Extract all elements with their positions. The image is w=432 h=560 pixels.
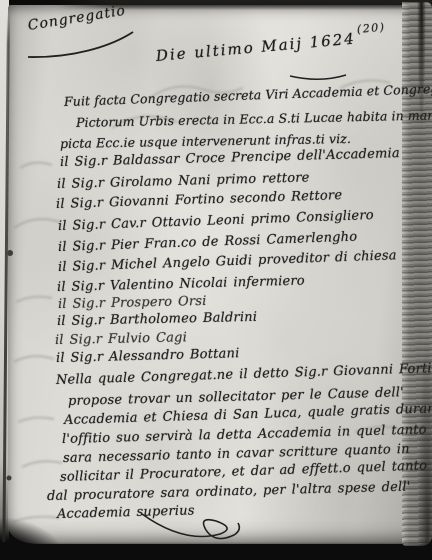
attendee-line: il Sig.r Bartholomeo Baldrini (57, 310, 257, 329)
handwriting-layer: Congregatio (20) Die ultimo Maij 1624 Fu… (0, 0, 432, 560)
opening-line: Pictorum Urbis erecta in Ecc.a S.ti Luca… (76, 106, 432, 130)
date-heading: Die ultimo Maij 1624 (155, 30, 356, 65)
manuscript-page-scan: Congregatio (20) Die ultimo Maij 1624 Fu… (0, 0, 432, 560)
resolution-line: Accademia superius (57, 503, 195, 522)
attendee-line: il Sig.r Giovanni Fortino secondo Rettor… (56, 188, 343, 212)
opening-line: Fuit facta Congregatio secreta Viri Acca… (64, 80, 432, 109)
attendee-line: il Sig.r Prospero Orsi (58, 294, 207, 312)
scan-background-corner (0, 518, 64, 560)
attendee-line: il Sig.r Valentino Nicolai infermiero (57, 274, 305, 295)
attendee-line: il Sig.r Girolamo Nani primo rettore (57, 170, 310, 192)
marginal-annotation: Congregatio (27, 3, 127, 34)
folio-number: (20) (356, 21, 386, 36)
attendee-line: il Sig.r Alessandro Bottani (56, 346, 240, 366)
resolution-line: Nella quale Congregat.ne il detto Sig.r … (56, 361, 432, 388)
scan-background-bottom (0, 542, 432, 560)
attendee-line: il Sig.r Fulvio Cagi (55, 330, 187, 348)
